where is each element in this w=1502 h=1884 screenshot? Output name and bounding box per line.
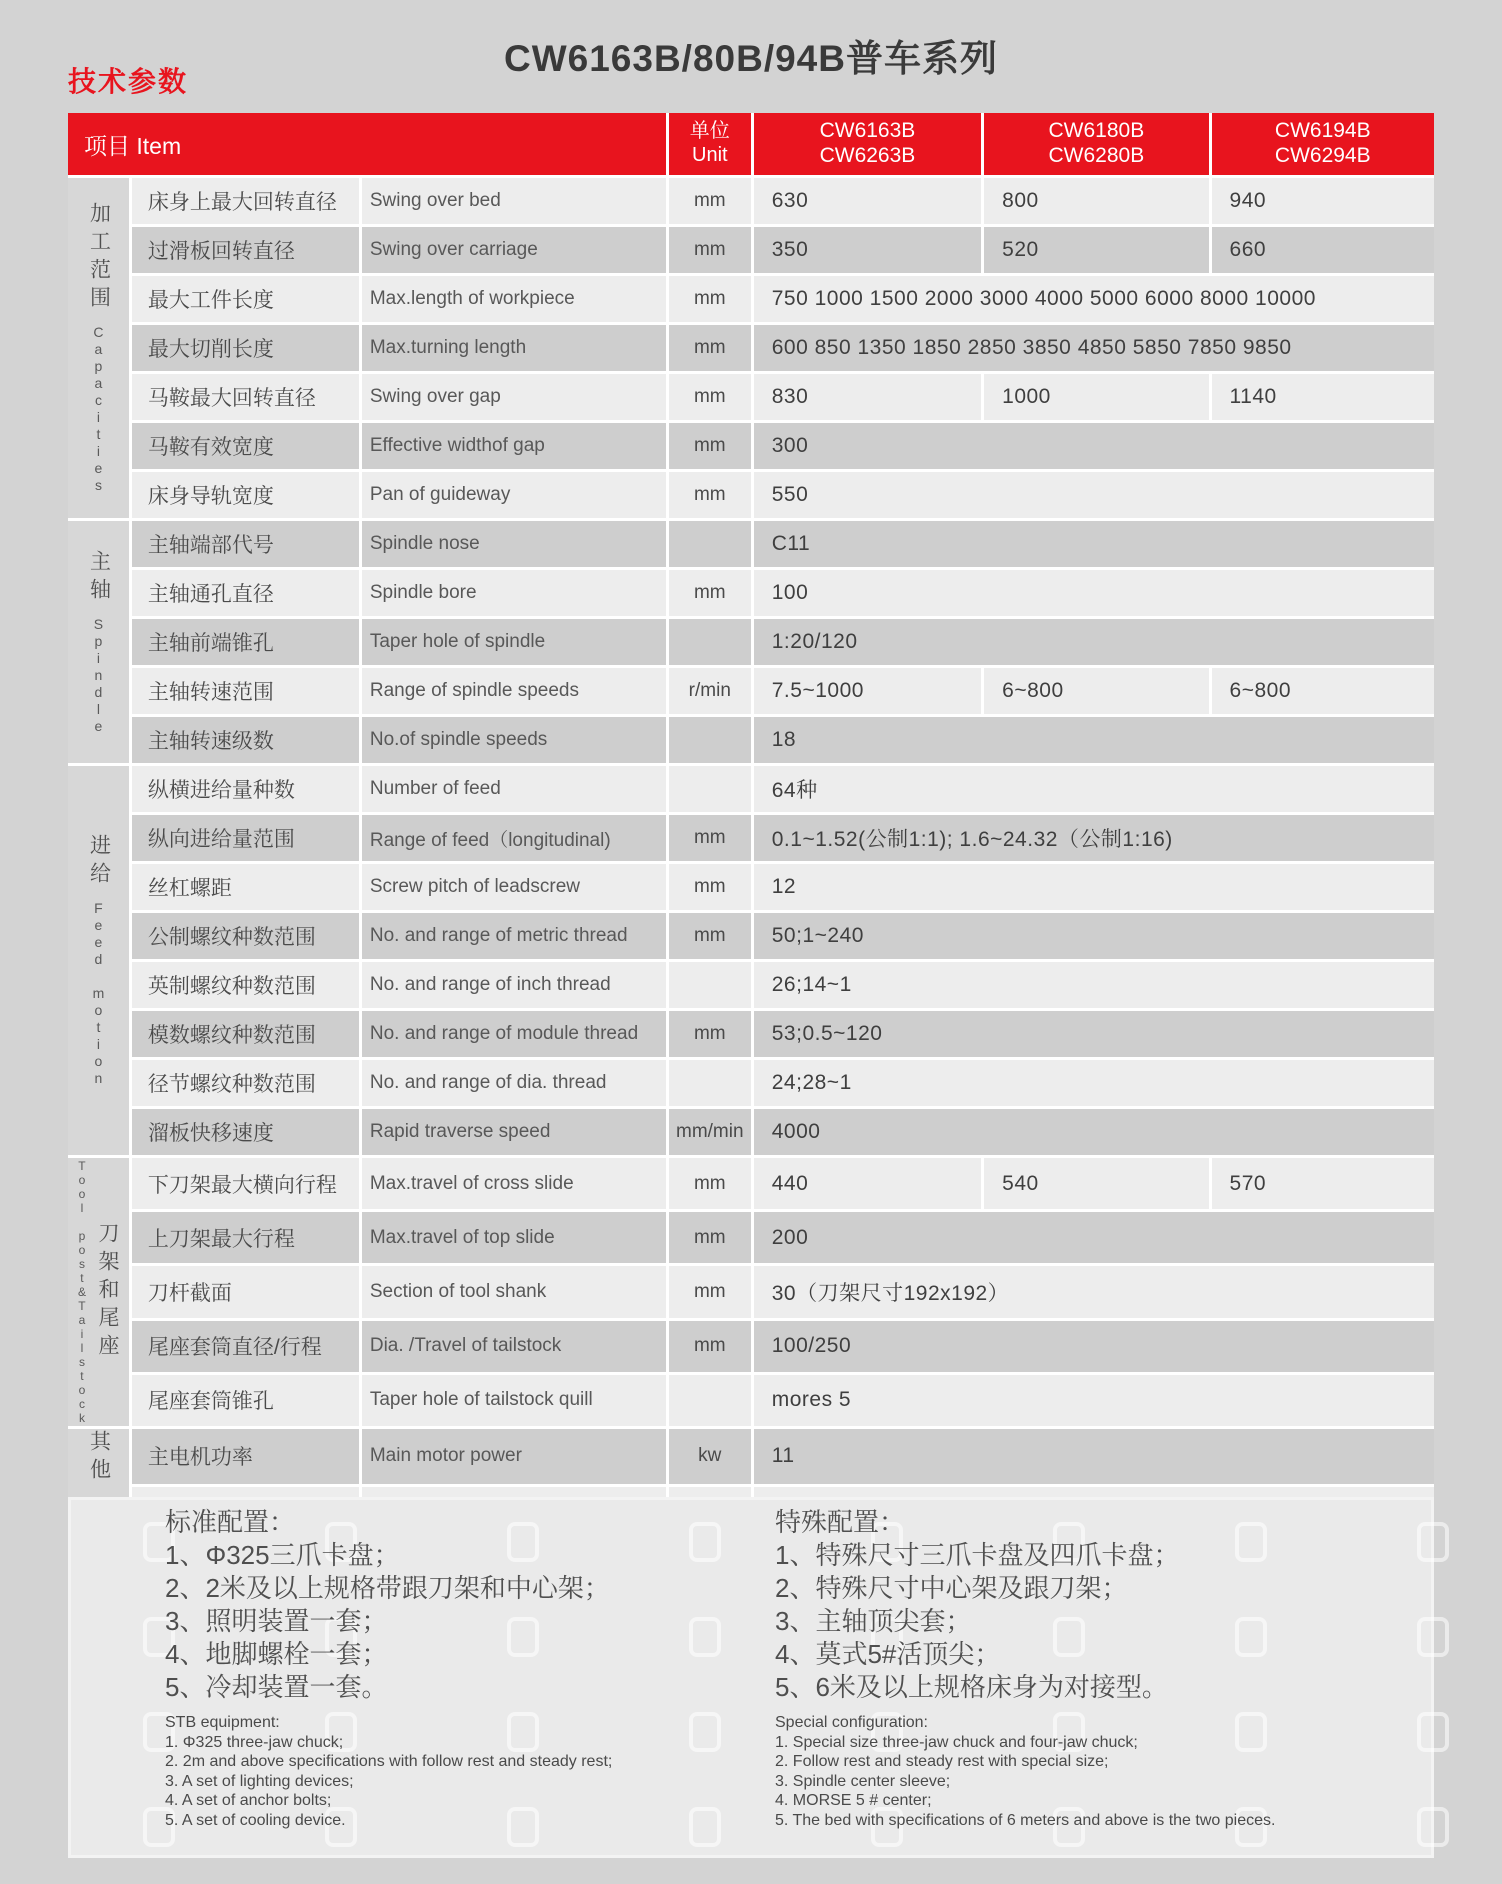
special-config-list: 1、特殊尺寸三爪卡盘及四爪卡盘；2、特殊尺寸中心架及跟刀架；3、主轴顶尖套；4、…: [775, 1539, 1375, 1704]
config-list-item: 1、Φ325三爪卡盘；: [165, 1539, 705, 1572]
spec-unit-cell: [669, 717, 751, 763]
spec-unit-cell: mm: [669, 864, 751, 910]
spec-row: 英制螺纹种数范围No. and range of inch thread26;1…: [68, 962, 1434, 1008]
spec-row: 尾座套筒直径/行程Dia. /Travel of tailstockmm100/…: [68, 1321, 1434, 1372]
spec-value-cell: 830: [754, 374, 981, 420]
spec-unit-cell: [669, 521, 751, 567]
config-list-item: 2、特殊尺寸中心架及跟刀架；: [775, 1572, 1375, 1605]
config-list-item: 2、2米及以上规格带跟刀架和中心架；: [165, 1572, 705, 1605]
header-unit-cell: 单位 Unit: [669, 113, 751, 175]
spec-value-cell: 6~800: [1212, 668, 1434, 714]
special-config-title: 特殊配置：: [775, 1506, 1375, 1539]
stb-equipment-title: STB equipment:: [165, 1713, 705, 1733]
spec-zh-label: 纵横进给量种数: [132, 766, 359, 812]
spec-value-cell: 570: [1212, 1158, 1434, 1209]
config-list-item: 5、冷却装置一套。: [165, 1671, 705, 1704]
spec-en-label: Swing over bed: [362, 178, 666, 224]
spec-unit-cell: mm: [669, 423, 751, 469]
standard-config-title: 标准配置：: [165, 1506, 705, 1539]
spec-row: 过滑板回转直径Swing over carriagemm350520660: [68, 227, 1434, 273]
spec-row: 加工范围Capacities床身上最大回转直径Swing over bedmm6…: [68, 178, 1434, 224]
spec-value-cell: 7.5~1000: [754, 668, 981, 714]
spec-row: 主轴通孔直径Spindle boremm100: [68, 570, 1434, 616]
spec-row: 丝杠螺距Screw pitch of leadscrewmm12: [68, 864, 1434, 910]
spec-en-label: No. and range of metric thread: [362, 913, 666, 959]
config-list-item-en: 1. Special size three-jaw chuck and four…: [775, 1733, 1375, 1753]
config-list-item-en: 3. A set of lighting devices;: [165, 1772, 705, 1792]
spec-value-cell: 64种: [754, 766, 1434, 812]
spec-row: 径节螺纹种数范围No. and range of dia. thread24;2…: [68, 1060, 1434, 1106]
spec-en-label: Range of feed（longitudinal): [362, 815, 666, 861]
spec-zh-label: 马鞍有效宽度: [132, 423, 359, 469]
config-list-item: 4、莫式5#活顶尖；: [775, 1638, 1375, 1671]
spec-en-label: No. and range of dia. thread: [362, 1060, 666, 1106]
spec-unit-cell: mm: [669, 1011, 751, 1057]
spec-zh-label: 主电机功率: [132, 1429, 359, 1484]
standard-configuration-column: 标准配置： 1、Φ325三爪卡盘；2、2米及以上规格带跟刀架和中心架；3、照明装…: [165, 1506, 705, 1830]
special-configuration-title-en: Special configuration:: [775, 1713, 1375, 1733]
spec-value-cell: mores 5: [754, 1375, 1434, 1426]
spec-row: 床身导轨宽度Pan of guidewaymm550: [68, 472, 1434, 518]
spec-row: 主轴转速范围Range of spindle speedsr/min7.5~10…: [68, 668, 1434, 714]
spec-table: 项目 Item 单位 Unit CW6163B CW6263B CW6180B …: [68, 113, 1434, 1599]
config-list-item-en: 3. Spindle center sleeve;: [775, 1772, 1375, 1792]
spec-unit-cell: mm: [669, 276, 751, 322]
special-configuration-list-en: 1. Special size three-jaw chuck and four…: [775, 1733, 1375, 1831]
spec-en-label: Screw pitch of leadscrew: [362, 864, 666, 910]
header-item-cell: 项目 Item: [68, 113, 666, 175]
spec-zh-label: 马鞍最大回转直径: [132, 374, 359, 420]
config-list-item-en: 2. 2m and above specifications with foll…: [165, 1752, 705, 1772]
config-list-item: 4、地脚螺栓一套；: [165, 1638, 705, 1671]
spec-row: 其他Others主电机功率Main motor powerkw11: [68, 1429, 1434, 1484]
section-label-cell: 加工范围Capacities: [68, 178, 129, 518]
spec-en-label: Taper hole of tailstock quill: [362, 1375, 666, 1426]
spec-unit-cell: [669, 1060, 751, 1106]
spec-unit-cell: mm: [669, 815, 751, 861]
config-list-item-en: 2. Follow rest and steady rest with spec…: [775, 1752, 1375, 1772]
spec-zh-label: 过滑板回转直径: [132, 227, 359, 273]
spec-zh-label: 主轴通孔直径: [132, 570, 359, 616]
spec-value-cell: 800: [984, 178, 1208, 224]
spec-unit-cell: mm: [669, 1266, 751, 1317]
spec-zh-label: 最大切削长度: [132, 325, 359, 371]
spec-unit-cell: [669, 766, 751, 812]
spec-table-body: 加工范围Capacities床身上最大回转直径Swing over bedmm6…: [68, 178, 1434, 1599]
spec-value-cell: 100/250: [754, 1321, 1434, 1372]
special-configuration-column: 特殊配置： 1、特殊尺寸三爪卡盘及四爪卡盘；2、特殊尺寸中心架及跟刀架；3、主轴…: [775, 1506, 1375, 1830]
section-label-en: Tool post&Tailstock: [75, 1159, 89, 1425]
spec-en-label: Pan of guideway: [362, 472, 666, 518]
config-list-item-en: 4. A set of anchor bolts;: [165, 1791, 705, 1811]
config-list-item: 5、6米及以上规格床身为对接型。: [775, 1671, 1375, 1704]
section-label-zh: 主轴: [83, 550, 113, 606]
header-unit-en: Unit: [670, 144, 750, 168]
spec-en-label: Swing over carriage: [362, 227, 666, 273]
spec-unit-cell: mm: [669, 325, 751, 371]
spec-unit-cell: [669, 962, 751, 1008]
spec-unit-cell: mm: [669, 913, 751, 959]
page-title: CW6163B/80B/94B普车系列: [0, 28, 1502, 82]
config-list-item-en: 5. A set of cooling device.: [165, 1811, 705, 1831]
spec-unit-cell: kw: [669, 1429, 751, 1484]
spec-row: 公制螺纹种数范围No. and range of metric threadmm…: [68, 913, 1434, 959]
spec-table-wrap: 项目 Item 单位 Unit CW6163B CW6263B CW6180B …: [68, 113, 1434, 1599]
spec-value-cell: 600 850 1350 1850 2850 3850 4850 5850 78…: [754, 325, 1434, 371]
spec-en-label: Range of spindle speeds: [362, 668, 666, 714]
spec-row: 主轴Spindle主轴端部代号Spindle noseC11: [68, 521, 1434, 567]
spec-row: 马鞍有效宽度Effective widthof gapmm300: [68, 423, 1434, 469]
spec-unit-cell: mm: [669, 1158, 751, 1209]
spec-zh-label: 床身上最大回转直径: [132, 178, 359, 224]
section-label-zh: 加工范围: [83, 202, 113, 314]
spec-zh-label: 主轴转速范围: [132, 668, 359, 714]
watermark-shape: [1417, 1807, 1449, 1847]
spec-row: 进给Feed motion纵横进给量种数Number of feed64种: [68, 766, 1434, 812]
spec-en-label: Taper hole of spindle: [362, 619, 666, 665]
spec-en-label: Effective widthof gap: [362, 423, 666, 469]
spec-value-cell: 440: [754, 1158, 981, 1209]
spec-value-cell: 11: [754, 1429, 1434, 1484]
spec-en-label: Spindle bore: [362, 570, 666, 616]
spec-unit-cell: mm: [669, 178, 751, 224]
spec-row: 溜板快移速度Rapid traverse speedmm/min4000: [68, 1109, 1434, 1155]
spec-zh-label: 上刀架最大行程: [132, 1212, 359, 1263]
spec-zh-label: 径节螺纹种数范围: [132, 1060, 359, 1106]
section-label-en: Spindle: [90, 616, 106, 735]
spec-row: 模数螺纹种数范围No. and range of module threadmm…: [68, 1011, 1434, 1057]
spec-row: 最大切削长度Max.turning lengthmm600 850 1350 1…: [68, 325, 1434, 371]
spec-unit-cell: mm: [669, 570, 751, 616]
spec-unit-cell: mm: [669, 227, 751, 273]
spec-zh-label: 最大工件长度: [132, 276, 359, 322]
spec-unit-cell: mm: [669, 374, 751, 420]
spec-zh-label: 纵向进给量范围: [132, 815, 359, 861]
spec-row: 马鞍最大回转直径Swing over gapmm83010001140: [68, 374, 1434, 420]
spec-en-label: No. and range of module thread: [362, 1011, 666, 1057]
spec-zh-label: 下刀架最大横向行程: [132, 1158, 359, 1209]
spec-zh-label: 丝杠螺距: [132, 864, 359, 910]
configuration-notes-panel: 标准配置： 1、Φ325三爪卡盘；2、2米及以上规格带跟刀架和中心架；3、照明装…: [68, 1497, 1434, 1858]
spec-zh-label: 主轴前端锥孔: [132, 619, 359, 665]
spec-value-cell: 12: [754, 864, 1434, 910]
spec-value-cell: 53;0.5~120: [754, 1011, 1434, 1057]
spec-value-cell: 0.1~1.52(公制1:1); 1.6~24.32（公制1:16): [754, 815, 1434, 861]
spec-en-label: Spindle nose: [362, 521, 666, 567]
spec-en-label: No.of spindle speeds: [362, 717, 666, 763]
section-label-en: Feed motion: [90, 900, 106, 1087]
spec-row: 主轴前端锥孔Taper hole of spindle1:20/120: [68, 619, 1434, 665]
config-list-item-en: 1. Φ325 three-jaw chuck;: [165, 1733, 705, 1753]
spec-value-cell: 520: [984, 227, 1208, 273]
spec-value-cell: 6~800: [984, 668, 1208, 714]
spec-value-cell: 1000: [984, 374, 1208, 420]
config-list-item: 3、照明装置一套；: [165, 1605, 705, 1638]
spec-value-cell: 50;1~240: [754, 913, 1434, 959]
spec-en-label: Max.turning length: [362, 325, 666, 371]
section-label-cell: 主轴Spindle: [68, 521, 129, 763]
table-header-row: 项目 Item 单位 Unit CW6163B CW6263B CW6180B …: [68, 113, 1434, 175]
header-model-2: CW6180B CW6280B: [984, 113, 1208, 175]
section-label-en: Capacities: [90, 324, 106, 494]
spec-row: 尾座套筒锥孔Taper hole of tailstock quillmores…: [68, 1375, 1434, 1426]
spec-en-label: Rapid traverse speed: [362, 1109, 666, 1155]
spec-zh-label: 床身导轨宽度: [132, 472, 359, 518]
spec-en-label: Number of feed: [362, 766, 666, 812]
spec-en-label: Section of tool shank: [362, 1266, 666, 1317]
spec-value-cell: 200: [754, 1212, 1434, 1263]
spec-value-cell: 4000: [754, 1109, 1434, 1155]
spec-value-cell: C11: [754, 521, 1434, 567]
spec-en-label: Main motor power: [362, 1429, 666, 1484]
section-label-zh: 进给: [83, 834, 113, 890]
spec-row: 纵向进给量范围Range of feed（longitudinal)mm0.1~…: [68, 815, 1434, 861]
spec-zh-label: 刀杆截面: [132, 1266, 359, 1317]
spec-en-label: Max.travel of cross slide: [362, 1158, 666, 1209]
spec-en-label: Max.length of workpiece: [362, 276, 666, 322]
spec-value-cell: 630: [754, 178, 981, 224]
spec-value-cell: 30（刀架尺寸192x192）: [754, 1266, 1434, 1317]
config-list-item: 1、特殊尺寸三爪卡盘及四爪卡盘；: [775, 1539, 1375, 1572]
spec-zh-label: 主轴转速级数: [132, 717, 359, 763]
spec-unit-cell: mm: [669, 1321, 751, 1372]
watermark-shape: [1417, 1712, 1449, 1752]
spec-value-cell: 540: [984, 1158, 1208, 1209]
spec-value-cell: 1:20/120: [754, 619, 1434, 665]
spec-row: Tool post&Tailstock刀架和尾座下刀架最大横向行程Max.tra…: [68, 1158, 1434, 1209]
spec-value-cell: 660: [1212, 227, 1434, 273]
spec-value-cell: 24;28~1: [754, 1060, 1434, 1106]
spec-unit-cell: mm/min: [669, 1109, 751, 1155]
spec-zh-label: 模数螺纹种数范围: [132, 1011, 359, 1057]
spec-en-label: Dia. /Travel of tailstock: [362, 1321, 666, 1372]
spec-unit-cell: r/min: [669, 668, 751, 714]
spec-en-label: No. and range of inch thread: [362, 962, 666, 1008]
spec-zh-label: 英制螺纹种数范围: [132, 962, 359, 1008]
spec-row: 最大工件长度Max.length of workpiecemm750 1000 …: [68, 276, 1434, 322]
config-list-item: 3、主轴顶尖套；: [775, 1605, 1375, 1638]
spec-row: 上刀架最大行程Max.travel of top slidemm200: [68, 1212, 1434, 1263]
spec-unit-cell: mm: [669, 472, 751, 518]
spec-value-cell: 550: [754, 472, 1434, 518]
stb-equipment-list: 1. Φ325 three-jaw chuck;2. 2m and above …: [165, 1733, 705, 1831]
header-model-1: CW6163B CW6263B: [754, 113, 981, 175]
standard-config-list: 1、Φ325三爪卡盘；2、2米及以上规格带跟刀架和中心架；3、照明装置一套；4、…: [165, 1539, 705, 1704]
spec-value-cell: 26;14~1: [754, 962, 1434, 1008]
spec-value-cell: 300: [754, 423, 1434, 469]
header-unit-zh: 单位: [670, 120, 750, 144]
page-subtitle: 技术参数: [68, 60, 188, 100]
section-label-cell: Tool post&Tailstock刀架和尾座: [68, 1158, 129, 1426]
spec-en-label: Max.travel of top slide: [362, 1212, 666, 1263]
spec-unit-cell: [669, 619, 751, 665]
spec-zh-label: 主轴端部代号: [132, 521, 359, 567]
spec-value-cell: 1140: [1212, 374, 1434, 420]
spec-en-label: Swing over gap: [362, 374, 666, 420]
header-model-3: CW6194B CW6294B: [1212, 113, 1434, 175]
spec-row: 主轴转速级数No.of spindle speeds18: [68, 717, 1434, 763]
spec-value-cell: 940: [1212, 178, 1434, 224]
section-label-zh: 刀架和尾座: [92, 1222, 122, 1362]
watermark-shape: [1417, 1522, 1449, 1562]
spec-unit-cell: mm: [669, 1212, 751, 1263]
spec-value-cell: 750 1000 1500 2000 3000 4000 5000 6000 8…: [754, 276, 1434, 322]
spec-zh-label: 公制螺纹种数范围: [132, 913, 359, 959]
section-label-zh: 其他: [83, 1430, 113, 1486]
spec-value-cell: 350: [754, 227, 981, 273]
spec-row: 刀杆截面Section of tool shankmm30（刀架尺寸192x19…: [68, 1266, 1434, 1317]
spec-value-cell: 18: [754, 717, 1434, 763]
section-label-cell: 进给Feed motion: [68, 766, 129, 1155]
spec-zh-label: 溜板快移速度: [132, 1109, 359, 1155]
config-list-item-en: 4. MORSE 5 # center;: [775, 1791, 1375, 1811]
config-list-item-en: 5. The bed with specifications of 6 mete…: [775, 1811, 1375, 1831]
spec-zh-label: 尾座套筒直径/行程: [132, 1321, 359, 1372]
spec-unit-cell: [669, 1375, 751, 1426]
spec-zh-label: 尾座套筒锥孔: [132, 1375, 359, 1426]
watermark-shape: [1417, 1617, 1449, 1657]
spec-value-cell: 100: [754, 570, 1434, 616]
